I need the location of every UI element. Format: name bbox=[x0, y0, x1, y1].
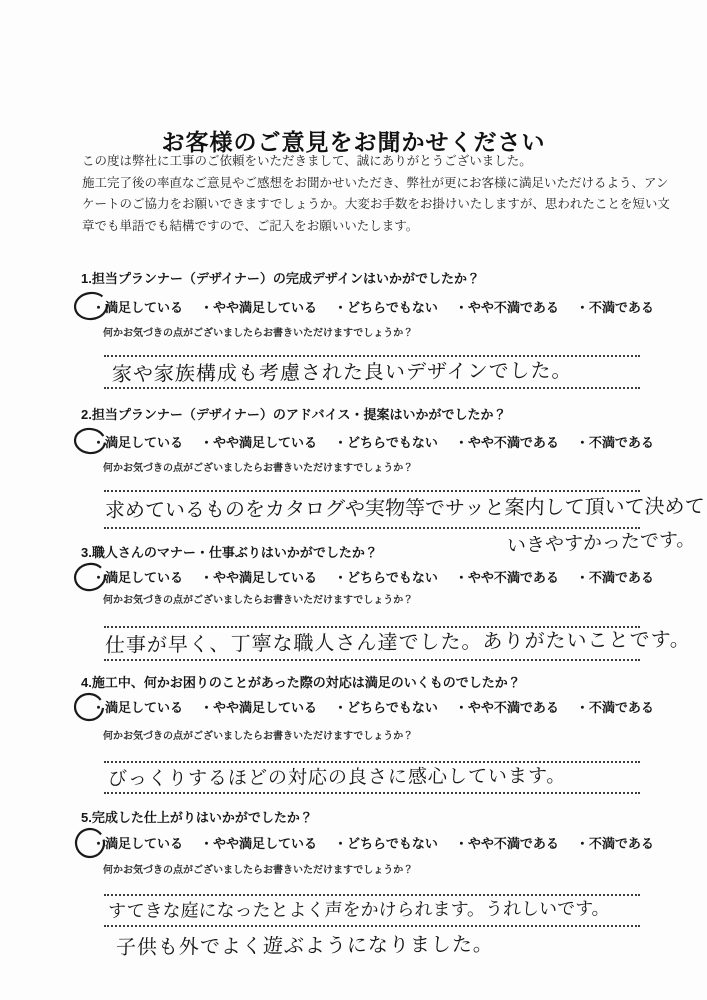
handwritten-answer-2-line2: いきやすかったです。 bbox=[507, 524, 696, 558]
handwritten-answer-2: 求めているものをカタログや実物等でサッと案内して頂いて決めて bbox=[105, 490, 705, 523]
option-satisfied: ・満足している bbox=[92, 432, 183, 451]
option-dissatisfied: ・不満である bbox=[576, 567, 654, 586]
handwritten-answer-4: びっくりするほどの対応の良さに感心しています。 bbox=[108, 761, 567, 791]
scanned-survey-page: お客様のご意見をお聞かせください この度は弊社に工事のご依頼をいただきまして、誠… bbox=[0, 0, 707, 1000]
question-1-label: 1.担当プランナー（デザイナー）の完成デザインはいかがでしたか？ bbox=[81, 268, 480, 287]
option-dissatisfied: ・不満である bbox=[576, 697, 654, 716]
followup-prompt: 何かお気づきの点がございましたらお書きいただけますでしょうか？ bbox=[103, 861, 413, 876]
option-satisfied: ・満足している bbox=[92, 697, 183, 716]
followup-prompt: 何かお気づきの点がございましたらお書きいただけますでしょうか？ bbox=[103, 324, 413, 339]
handwritten-answer-5: すてきな庭になったとよく声をかけられます。うれしいです。 bbox=[108, 894, 610, 923]
option-dissatisfied: ・不満である bbox=[576, 432, 654, 451]
option-neutral: ・どちらでもない bbox=[334, 297, 438, 316]
option-dissatisfied: ・不満である bbox=[576, 297, 654, 316]
option-somewhat-dissatisfied: ・やや不満である bbox=[455, 567, 559, 586]
option-somewhat-satisfied: ・やや満足している bbox=[200, 432, 317, 451]
handwritten-answer-1: 家や家族構成も考慮された良いデザインでした。 bbox=[112, 354, 573, 387]
option-somewhat-satisfied: ・やや満足している bbox=[200, 297, 317, 316]
handwritten-answer-3: 仕事が早く、丁寧な職人さん達でした。ありがたいことです。 bbox=[105, 623, 692, 658]
option-somewhat-dissatisfied: ・やや不満である bbox=[455, 297, 559, 316]
question-2-label: 2.担当プランナー（デザイナー）のアドバイス・提案はいかがでしたか？ bbox=[81, 404, 507, 423]
option-somewhat-satisfied: ・やや満足している bbox=[200, 697, 317, 716]
question-2-options-row: ・満足している ・やや満足している ・どちらでもない ・やや不満である ・不満で… bbox=[92, 432, 654, 451]
question-3-options-row: ・満足している ・やや満足している ・どちらでもない ・やや不満である ・不満で… bbox=[92, 567, 654, 586]
option-dissatisfied: ・不満である bbox=[576, 833, 654, 852]
followup-prompt: 何かお気づきの点がございましたらお書きいただけますでしょうか？ bbox=[103, 727, 413, 742]
option-neutral: ・どちらでもない bbox=[334, 833, 438, 852]
handwritten-answer-5-line2: 子供も外でよく遊ぶようになりました。 bbox=[116, 928, 495, 960]
question-5-label: 5.完成した仕上がりはいかがでしたか？ bbox=[81, 807, 313, 826]
question-5-options-row: ・満足している ・やや満足している ・どちらでもない ・やや不満である ・不満で… bbox=[92, 833, 654, 852]
followup-prompt: 何かお気づきの点がございましたらお書きいただけますでしょうか？ bbox=[103, 459, 413, 474]
option-somewhat-dissatisfied: ・やや不満である bbox=[455, 697, 559, 716]
option-satisfied: ・満足している bbox=[92, 297, 183, 316]
intro-paragraph: この度は弊社に工事のご依頼をいただきまして、誠にありがとうございました。 施工完… bbox=[82, 151, 642, 237]
intro-line: ケートのご協力をお願いできますでしょうか。大変お手数をお掛けいたしますが、思われ… bbox=[82, 194, 642, 216]
intro-line: 章でも単語でも結構ですので、ご記入をお願いいたします。 bbox=[82, 216, 642, 238]
option-neutral: ・どちらでもない bbox=[334, 432, 438, 451]
question-3-label: 3.職人さんのマナー・仕事ぶりはいかがでしたか？ bbox=[81, 542, 378, 561]
followup-prompt: 何かお気づきの点がございましたらお書きいただけますでしょうか？ bbox=[103, 591, 413, 606]
option-satisfied: ・満足している bbox=[92, 833, 183, 852]
question-1-options-row: ・満足している ・やや満足している ・どちらでもない ・やや不満である ・不満で… bbox=[92, 297, 654, 316]
option-neutral: ・どちらでもない bbox=[334, 567, 438, 586]
option-somewhat-dissatisfied: ・やや不満である bbox=[455, 432, 559, 451]
option-neutral: ・どちらでもない bbox=[334, 697, 438, 716]
option-somewhat-satisfied: ・やや満足している bbox=[200, 567, 317, 586]
option-satisfied: ・満足している bbox=[92, 567, 183, 586]
option-somewhat-dissatisfied: ・やや不満である bbox=[455, 833, 559, 852]
question-4-options-row: ・満足している ・やや満足している ・どちらでもない ・やや不満である ・不満で… bbox=[92, 697, 654, 716]
option-somewhat-satisfied: ・やや満足している bbox=[200, 833, 317, 852]
intro-line: 施工完了後の率直なご意見やご感想をお聞かせいただき、弊社が更にお客様に満足いただ… bbox=[82, 173, 642, 195]
intro-line: この度は弊社に工事のご依頼をいただきまして、誠にありがとうございました。 bbox=[82, 151, 642, 173]
question-4-label: 4.施工中、何かお困りのことがあった際の対応は満足のいくものでしたか？ bbox=[81, 672, 521, 691]
